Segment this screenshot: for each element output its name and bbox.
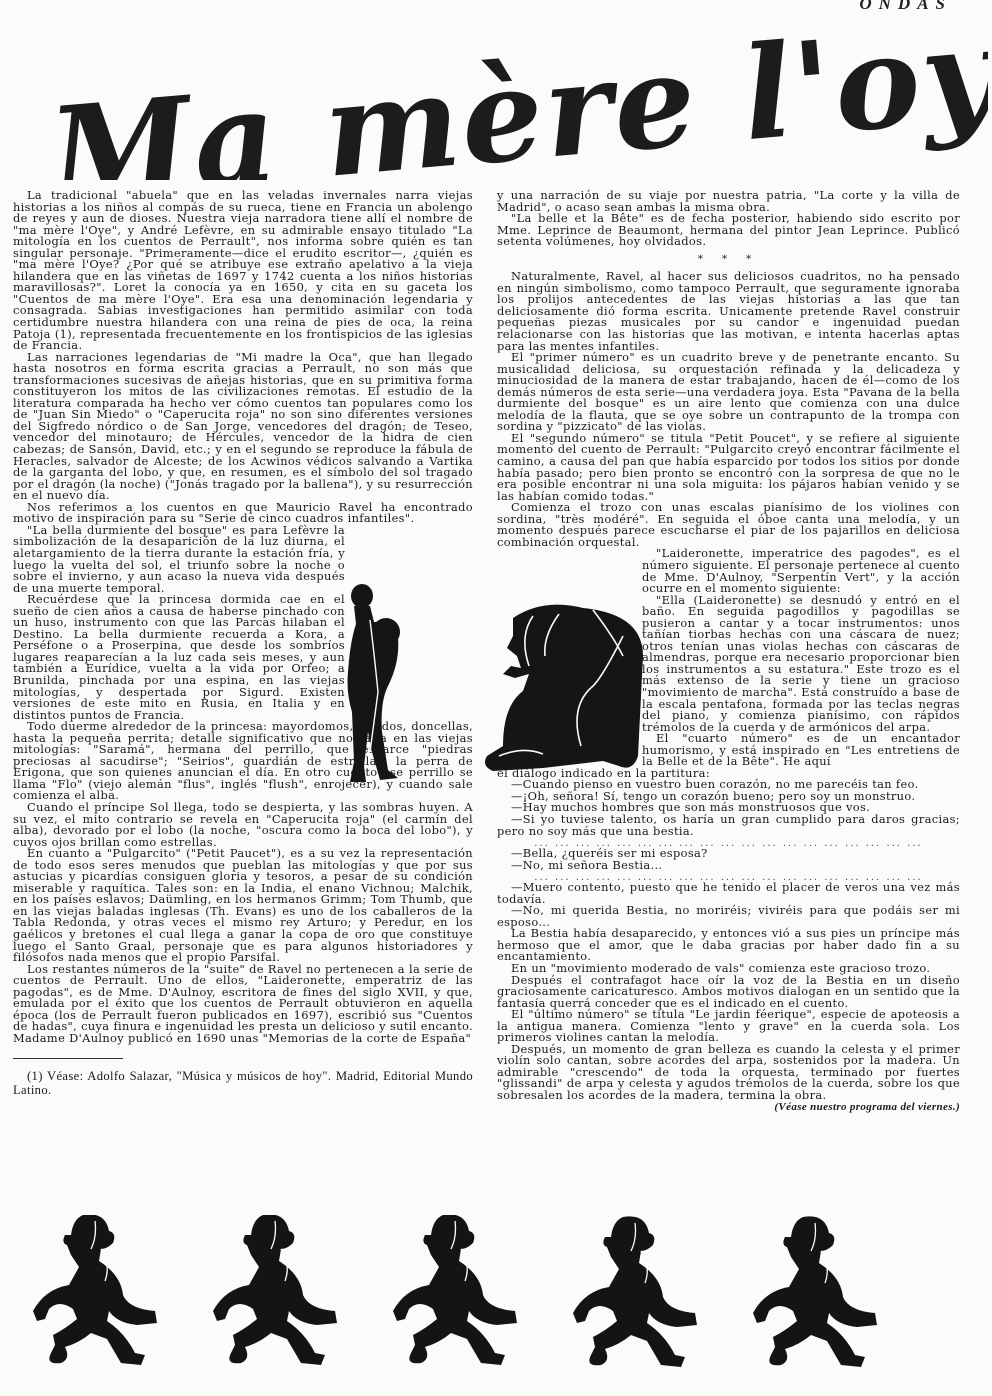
title-text: Ma mère l'oye bbox=[40, 20, 988, 180]
paragraph: Cuando el príncipe Sol llega, todo se de… bbox=[13, 802, 473, 848]
wrapped-text-block: "Laideronette, imperatrice des pagodes",… bbox=[642, 548, 960, 767]
paragraph: y una narración de su viaje por nuestra … bbox=[497, 190, 960, 213]
paragraph: Los restantes números de la "suite" de R… bbox=[13, 964, 473, 1045]
dancer-2-icon bbox=[213, 1215, 337, 1365]
paragraph: Naturalmente, Ravel, al hacer sus delici… bbox=[497, 271, 960, 352]
paragraph: "Laideronette, imperatrice des pagodes",… bbox=[642, 548, 960, 594]
paragraph: Nos referimos a los cuentos en que Mauri… bbox=[13, 502, 473, 525]
child-figure-icon bbox=[340, 582, 435, 787]
paragraph: El "segundo número" se titula "Petit Pou… bbox=[497, 433, 960, 502]
script-title-art: Ma mère l'oye bbox=[28, 20, 988, 180]
paragraph: Comienza el trozo con unas escalas pianí… bbox=[497, 502, 960, 548]
dancing-figures-frieze bbox=[25, 1215, 985, 1375]
paragraph: La tradicional "abuela" que en las velad… bbox=[13, 190, 473, 352]
dancer-4-icon bbox=[573, 1216, 697, 1367]
old-woman-figure-icon bbox=[473, 596, 648, 776]
dialogue-line: —Si yo tuviese talento, os haría un gran… bbox=[497, 814, 960, 837]
footnote: (1) Véase: Adolfo Salazar, "Música y mús… bbox=[13, 1069, 473, 1097]
dialogue-line: —No, mi señora Bestia... bbox=[497, 860, 960, 872]
paragraph: Después el contrafagot hace oír la voz d… bbox=[497, 975, 960, 1010]
dancer-3-icon bbox=[393, 1215, 517, 1365]
dancer-1-icon bbox=[33, 1215, 157, 1365]
dancing-figures-icon bbox=[25, 1215, 985, 1375]
paragraph: Recuérdese que la princesa dormida cae e… bbox=[13, 594, 345, 721]
paragraph: En cuanto a "Pulgarcito" ("Petit Paucet"… bbox=[13, 848, 473, 963]
paragraph: Las narraciones legendarias de "Mi madre… bbox=[13, 352, 473, 502]
paragraph: El "primer número" es un cuadrito breve … bbox=[497, 352, 960, 433]
program-note: (Véase nuestro programa del viernes.) bbox=[774, 1102, 960, 1114]
paragraph: "La belle et la Bête" es de fecha poster… bbox=[497, 213, 960, 248]
paragraph: "Ella (Laideronette) se desnudó y entró … bbox=[642, 595, 960, 734]
child-silhouette-illustration bbox=[340, 582, 435, 787]
page-title: Ma mère l'oye bbox=[28, 20, 988, 180]
paragraph: "La bella durmiente del bosque" es para … bbox=[13, 525, 345, 594]
dancer-5-icon bbox=[753, 1216, 877, 1367]
paragraph: El "último número" se titula "Le jardin … bbox=[497, 1009, 960, 1044]
running-head: ONDAS bbox=[859, 0, 952, 14]
dialogue-line: —Muero contento, puesto que he tenido el… bbox=[497, 882, 960, 905]
dialogue-line: —No, mi querida Bestia, no moriréis; viv… bbox=[497, 905, 960, 928]
wrapped-text-block: "La bella durmiente del bosque" es para … bbox=[13, 525, 345, 721]
paragraph: La Bestia había desaparecido, y entonces… bbox=[497, 928, 960, 963]
footnote-divider bbox=[13, 1058, 123, 1059]
paragraph: El "cuarto número" es de un encantador h… bbox=[642, 733, 960, 768]
section-separator: * * * bbox=[497, 254, 960, 266]
paragraph: Después, un momento de gran belleza es c… bbox=[497, 1044, 960, 1102]
storyteller-silhouette-illustration bbox=[473, 596, 648, 776]
